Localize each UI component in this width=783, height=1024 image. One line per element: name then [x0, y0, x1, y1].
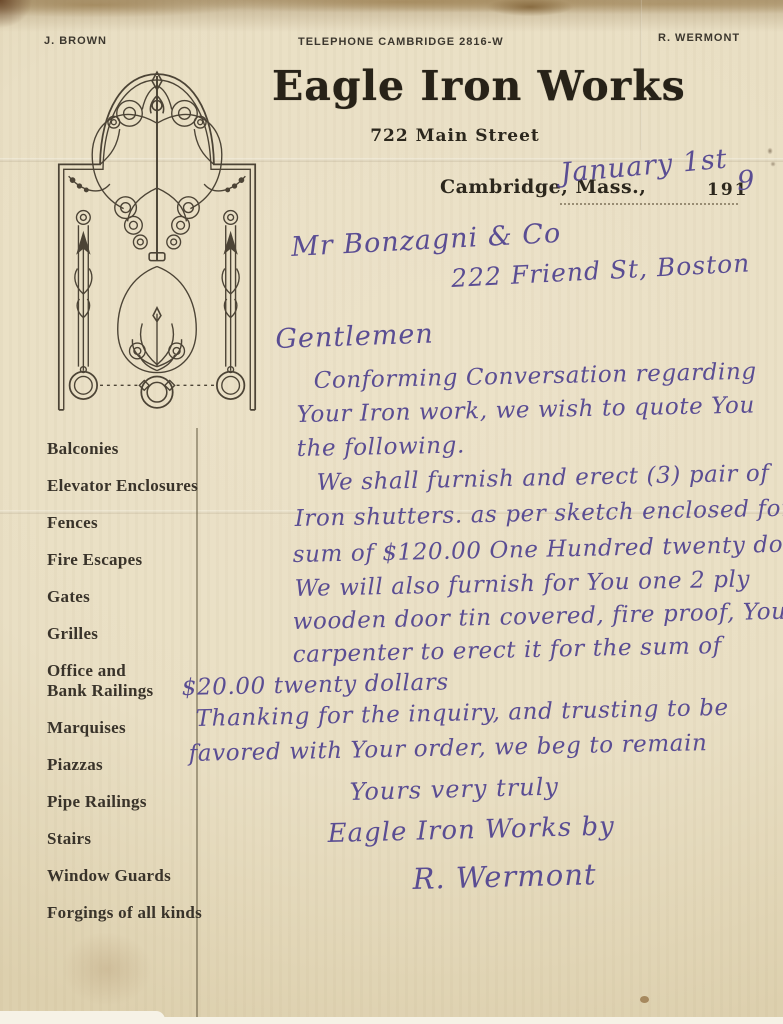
handwritten-body-line: We shall furnish and erect (3) pair of: [316, 461, 769, 496]
ornamental-gate-illustration: [49, 57, 265, 425]
partner-name-left: J. BROWN: [44, 35, 107, 47]
paper-stain-bottom-left: [62, 932, 152, 1006]
handwritten-recipient-line: 222 Friend St, Boston: [450, 248, 750, 293]
handwritten-body-line: We will also furnish for You one 2 ply: [294, 566, 750, 602]
handwritten-body-line: Thanking for the inquiry, and trusting t…: [195, 695, 729, 732]
salutation: Gentlemen: [275, 318, 434, 355]
sidebar-service-item: Elevator Enclosures: [47, 476, 219, 496]
sidebar-service-item: Marquises: [47, 718, 219, 738]
sidebar-service-item: Pipe Railings: [47, 792, 219, 812]
sidebar-service-item: Forgings of all kinds: [47, 903, 219, 923]
sidebar-service-item: Gates: [47, 587, 219, 607]
handwritten-body-line: $20.00 twenty dollars: [181, 669, 449, 701]
sidebar-service-item: Grilles: [47, 624, 219, 644]
wrought-iron-gate-icon: [49, 57, 265, 425]
handwritten-body-line: the following.: [296, 432, 465, 462]
paper-stain-dot: [640, 996, 649, 1003]
partner-name-right: R. WERMONT: [658, 32, 740, 44]
handwritten-body-line: Conforming Conversation regarding: [313, 359, 756, 394]
closing-line: Yours very truly: [349, 773, 559, 806]
street-address: 722 Main Street: [300, 126, 610, 146]
telephone-line: TELEPHONE CAMBRIDGE 2816-W: [298, 36, 504, 48]
paper-stain-right-edge: [764, 146, 778, 172]
signature-company-line: Eagle Iron Works by: [327, 811, 615, 849]
handwritten-recipient-line: Mr Bonzagni & Co: [290, 218, 562, 263]
sidebar-service-item: Stairs: [47, 829, 219, 849]
scan-edge-bottom-left: [0, 1011, 165, 1024]
sidebar-service-item: Balconies: [47, 439, 219, 459]
handwritten-body-line: Your Iron work, we wish to quote You: [296, 392, 755, 428]
handwritten-year-digit: 9: [736, 165, 756, 197]
handwritten-body-line: Iron shutters. as per sketch enclosed fo…: [294, 495, 783, 532]
sidebar-service-item: Fences: [47, 513, 219, 533]
paper-stain-top-edge: [0, 0, 783, 32]
company-name-title: Eagle Iron Works: [272, 62, 642, 110]
signature-name: R. Wermont: [412, 857, 597, 896]
handwritten-body-line: favored with Your order, we beg to remai…: [188, 730, 707, 767]
sidebar-service-item: Fire Escapes: [47, 550, 219, 570]
handwritten-body-line: wooden door tin covered, fire proof, You…: [292, 598, 783, 635]
handwritten-body-line: carpenter to erect it for the sum of: [292, 633, 722, 668]
sidebar-service-item: Window Guards: [47, 866, 219, 886]
letter-document: J. BROWN TELEPHONE CAMBRIDGE 2816-W R. W…: [0, 0, 783, 1024]
handwritten-body-line: sum of $120.00 One Hundred twenty dollar…: [292, 531, 783, 568]
